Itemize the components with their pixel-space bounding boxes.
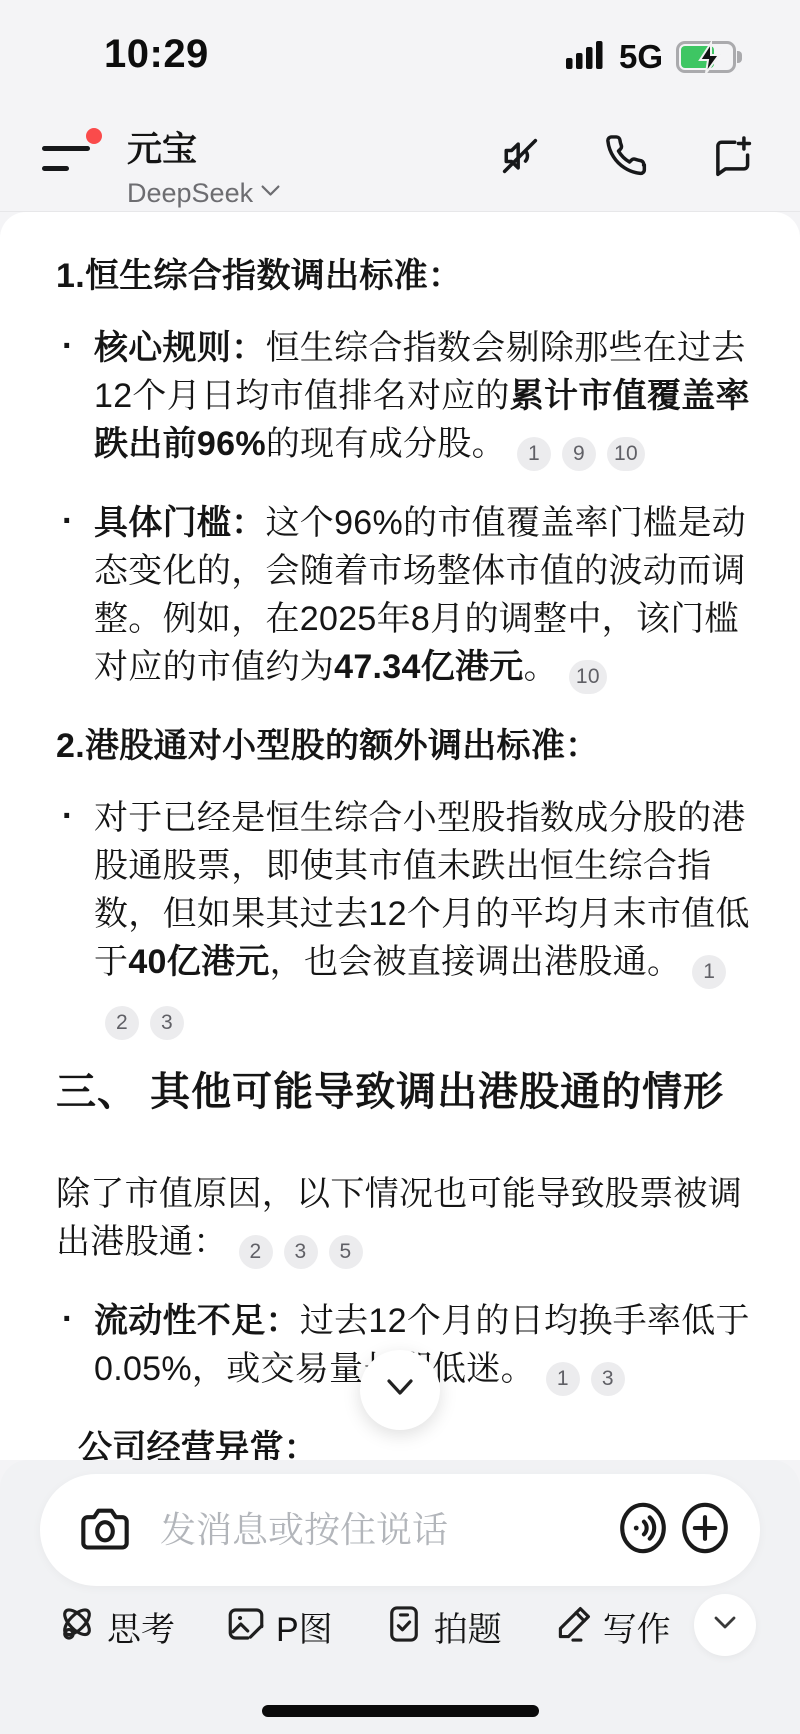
new-chat-button[interactable] xyxy=(710,134,754,178)
status-indicators: 5G xyxy=(566,38,742,76)
citation-badge[interactable]: 10 xyxy=(607,437,645,471)
citation-badge[interactable]: 3 xyxy=(150,1006,184,1040)
quick-action-label: 写作 xyxy=(603,1602,671,1651)
collapse-toolbar-button[interactable] xyxy=(694,1594,756,1656)
citation-badge[interactable]: 3 xyxy=(284,1235,318,1269)
think-atom-icon xyxy=(56,1603,98,1650)
mute-button[interactable] xyxy=(498,134,542,178)
citation-badge[interactable]: 10 xyxy=(569,660,607,694)
quick-action-label: 思考 xyxy=(107,1602,175,1651)
status-time: 10:29 xyxy=(104,32,209,77)
paragraph: 除了市值原因，以下情况也可能导致股票被调出港股通：235 xyxy=(56,1170,756,1269)
pencil-write-icon xyxy=(552,1603,594,1650)
bullet-item: 对于已经是恒生综合小型股指数成分股的港股通股票，即使其市值未跌出恒生综合指数，但… xyxy=(56,794,756,1040)
speaker-mute-icon xyxy=(498,134,542,178)
citation-badge[interactable]: 1 xyxy=(517,437,551,471)
bullet-item: 具体门槛：这个96%的市值覆盖率门槛是动态变化的，会随着市场整体市值的波动而调整… xyxy=(56,499,756,694)
section-heading: 2.港股通对小型股的额外调出标准： xyxy=(56,722,756,770)
camera-icon xyxy=(79,1502,131,1559)
citation-badge[interactable]: 1 xyxy=(692,955,726,989)
menu-button[interactable] xyxy=(40,120,104,184)
section-heading: 三、 其他可能导致调出港股通的情形 xyxy=(56,1068,756,1116)
quick-action-write[interactable]: 写作 xyxy=(552,1602,671,1651)
voice-call-button[interactable] xyxy=(604,134,648,178)
section-heading: 1.恒生综合指数调出标准： xyxy=(56,252,756,300)
model-selector[interactable]: DeepSeek xyxy=(127,178,281,209)
citation-badge[interactable]: 1 xyxy=(546,1362,580,1396)
chevron-down-icon xyxy=(712,1614,738,1637)
add-attachment-button[interactable] xyxy=(674,1499,736,1561)
app-title: 元宝 xyxy=(127,122,281,172)
hamburger-menu-icon xyxy=(42,146,90,151)
photo-question-icon xyxy=(383,1603,425,1650)
voice-wave-icon xyxy=(614,1499,672,1562)
scroll-to-bottom-button[interactable] xyxy=(360,1350,440,1430)
plus-circle-icon xyxy=(676,1499,734,1562)
quick-action-image-edit[interactable]: P图 xyxy=(225,1602,333,1651)
bullet-item: 核心规则：恒生综合指数会剔除那些在过去12个月日均市值排名对应的累计市值覆盖率跌… xyxy=(56,324,756,471)
citation-badge[interactable]: 2 xyxy=(239,1235,273,1269)
voice-mode-button[interactable] xyxy=(612,1499,674,1561)
chevron-down-icon xyxy=(383,1376,417,1405)
quick-action-photo-question[interactable]: 拍题 xyxy=(383,1602,502,1651)
quick-action-label: P图 xyxy=(276,1602,333,1651)
header-actions xyxy=(498,134,754,178)
signal-bars-icon xyxy=(566,41,606,74)
chat-blocks: 1.恒生综合指数调出标准：核心规则：恒生综合指数会剔除那些在过去12个月日均市值… xyxy=(56,252,756,1460)
yuanbao-app: 10:29 5G 元宝 xyxy=(0,0,800,1734)
new-chat-icon xyxy=(710,134,754,178)
citation-badge[interactable]: 5 xyxy=(329,1235,363,1269)
battery-charging-icon xyxy=(676,41,742,73)
header-titles: 元宝 DeepSeek xyxy=(127,122,281,209)
bottom-sheet: 思考 P图 xyxy=(0,1460,800,1734)
chevron-down-icon xyxy=(260,184,281,203)
notification-dot-badge xyxy=(86,128,102,144)
chat-message-area: 1.恒生综合指数调出标准：核心规则：恒生综合指数会剔除那些在过去12个月日均市值… xyxy=(0,212,800,1460)
network-type: 5G xyxy=(619,38,663,76)
quick-action-think[interactable]: 思考 xyxy=(56,1602,175,1651)
citation-badge[interactable]: 9 xyxy=(562,437,596,471)
image-edit-icon xyxy=(225,1603,267,1650)
quick-actions-bar: 思考 P图 xyxy=(56,1602,671,1651)
phone-icon xyxy=(604,134,648,178)
model-name: DeepSeek xyxy=(127,178,253,209)
citation-badge[interactable]: 3 xyxy=(591,1362,625,1396)
quick-action-label: 拍题 xyxy=(434,1602,502,1651)
message-input-bar[interactable] xyxy=(40,1474,760,1586)
citation-badge[interactable]: 2 xyxy=(105,1006,139,1040)
top-chrome: 10:29 5G 元宝 xyxy=(0,0,800,212)
message-input[interactable] xyxy=(160,1509,612,1551)
camera-button[interactable] xyxy=(74,1499,136,1561)
home-indicator xyxy=(262,1705,539,1717)
